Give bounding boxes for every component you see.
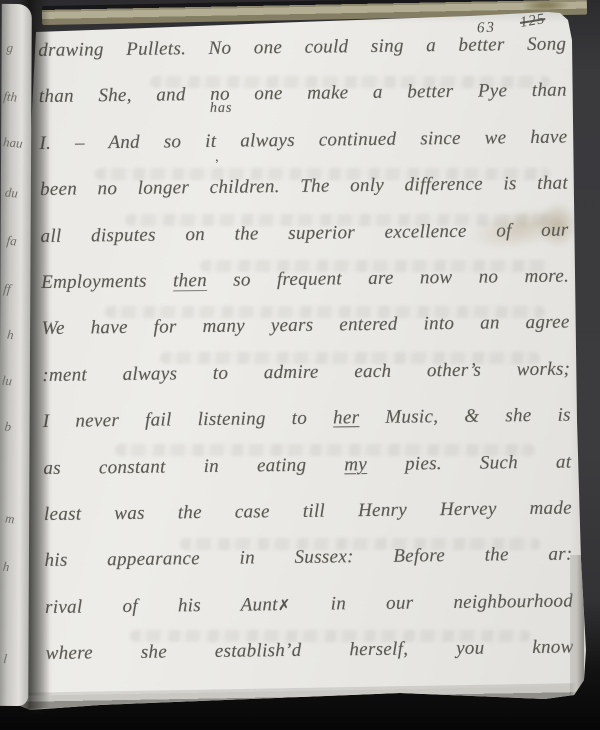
editorial-x-mark: ✗	[278, 596, 291, 614]
manuscript-line: as constant in eating my pies. Such at	[43, 439, 572, 492]
facing-page-text-fragment: lu	[1, 373, 13, 390]
facing-page-edge: g fth hau du fa ff h lu b m h l	[0, 4, 32, 706]
manuscript-photograph: 63 125 drawing Pullets. No one could sin…	[0, 0, 600, 730]
facing-page-text-fragment: fth	[3, 88, 18, 105]
underlined-word: then	[173, 270, 207, 291]
facing-page-text-fragment: b	[4, 419, 12, 436]
line-text: Music, & she is	[359, 405, 571, 429]
facing-page-text-fragment: g	[6, 40, 14, 57]
line-text: always continued since we have	[240, 126, 567, 151]
manuscript-line: rival of his Aunt✗ in our neighbourhood	[45, 578, 574, 631]
line-text: I never fail listening to	[43, 408, 334, 433]
facing-page-text-fragment: du	[4, 184, 18, 201]
facing-page-text-fragment: hau	[2, 134, 23, 152]
manuscript-line: all disputes on the superior excellence …	[40, 207, 569, 260]
manuscript-line: least was the case till Henry Hervey mad…	[44, 485, 573, 538]
manuscript-line: been no longer children. The only differ…	[40, 161, 569, 214]
page-right-edge	[570, 555, 584, 700]
facing-page-text-fragment: m	[4, 511, 15, 528]
line-text: Employments	[41, 270, 173, 293]
page-bottom-edge	[12, 683, 584, 709]
line-text: in our neighbourhood	[331, 590, 574, 614]
facing-page-text-fragment: h	[6, 327, 14, 344]
manuscript-line: I never fail listening to her Music, & s…	[43, 393, 572, 446]
manuscript-line: where she establish’d herself, you know	[45, 625, 574, 678]
facing-page-text-fragment: fa	[6, 233, 18, 250]
manuscript-page: 63 125 drawing Pullets. No one could sin…	[0, 0, 600, 730]
underlined-word: my	[344, 454, 367, 475]
line-text: I. – And so it	[39, 131, 216, 154]
manuscript-line: We have for many years entered into an a…	[41, 300, 570, 353]
facing-page-text-fragment: h	[2, 559, 10, 576]
manuscript-line: drawing Pullets. No one could sing a bet…	[38, 22, 567, 75]
manuscript-line-with-insertion: I. – And so ithas‚ always continued sinc…	[39, 114, 568, 167]
fore-edge-stain	[523, 0, 569, 12]
line-text: rival of his Aunt	[45, 594, 278, 618]
inserted-word: has	[210, 85, 233, 132]
underlined-word: her	[333, 407, 359, 428]
manuscript-line: than She, and no one make a better Pye t…	[39, 68, 568, 121]
line-text: as constant in eating	[43, 454, 344, 479]
line-text: pies. Such at	[367, 451, 572, 474]
facing-page-text-fragment: ff	[3, 281, 12, 298]
facing-page-text-fragment: l	[3, 651, 8, 667]
manuscript-line: :ment always to admire each other’s work…	[42, 346, 571, 399]
manuscript-line: his appearance in Sussex: Before the ar:	[44, 532, 573, 585]
manuscript-line: Employments then so frequent are now no …	[41, 254, 570, 307]
handwritten-text-block: drawing Pullets. No one could sing a bet…	[38, 22, 574, 678]
line-text: so frequent are now no more.	[207, 266, 569, 291]
